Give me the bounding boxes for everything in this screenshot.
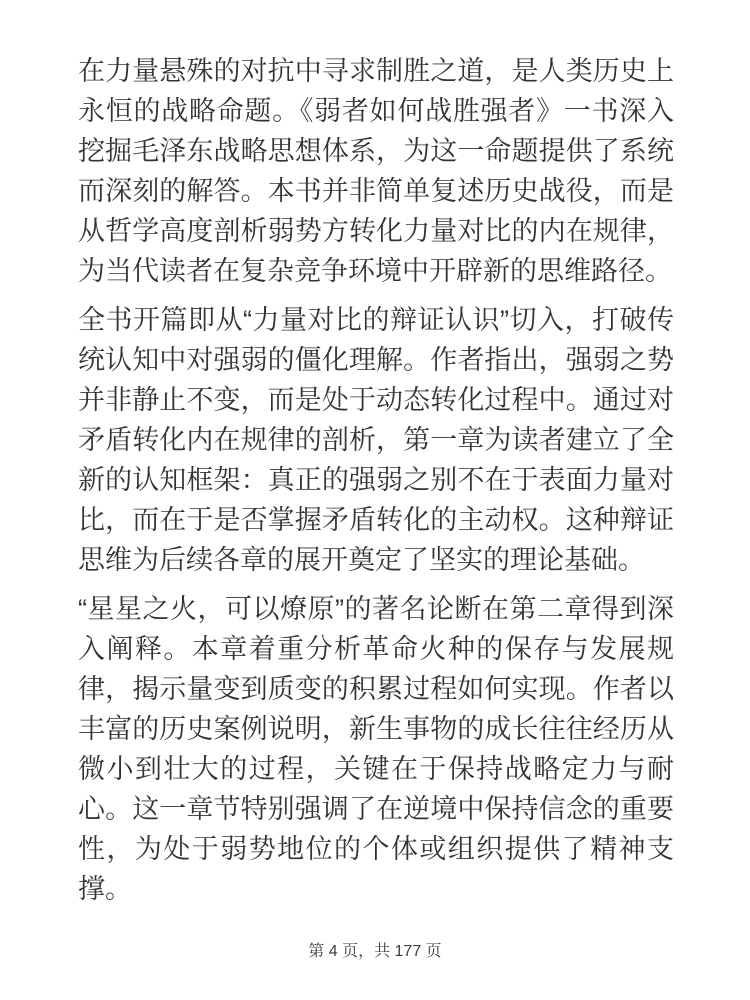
document-body: 在力量悬殊的对抗中寻求制胜之道，是人类历史上永恒的战略命题。《弱者如何战胜强者》… [78,51,674,918]
document-page: 在力量悬殊的对抗中寻求制胜之道，是人类历史上永恒的战略命题。《弱者如何战胜强者》… [0,0,750,1000]
paragraph: “星星之火，可以燎原”的著名论断在第二章得到深入阐释。本章着重分析革命火种的保存… [78,589,674,909]
paragraph: 在力量悬殊的对抗中寻求制胜之道，是人类历史上永恒的战略命题。《弱者如何战胜强者》… [78,51,674,291]
paragraph: 全书开篇即从“力量对比的辩证认识”切入，打破传统认知中对强弱的僵化理解。作者指出… [78,300,674,580]
page-indicator: 第 4 页，共 177 页 [0,941,750,963]
